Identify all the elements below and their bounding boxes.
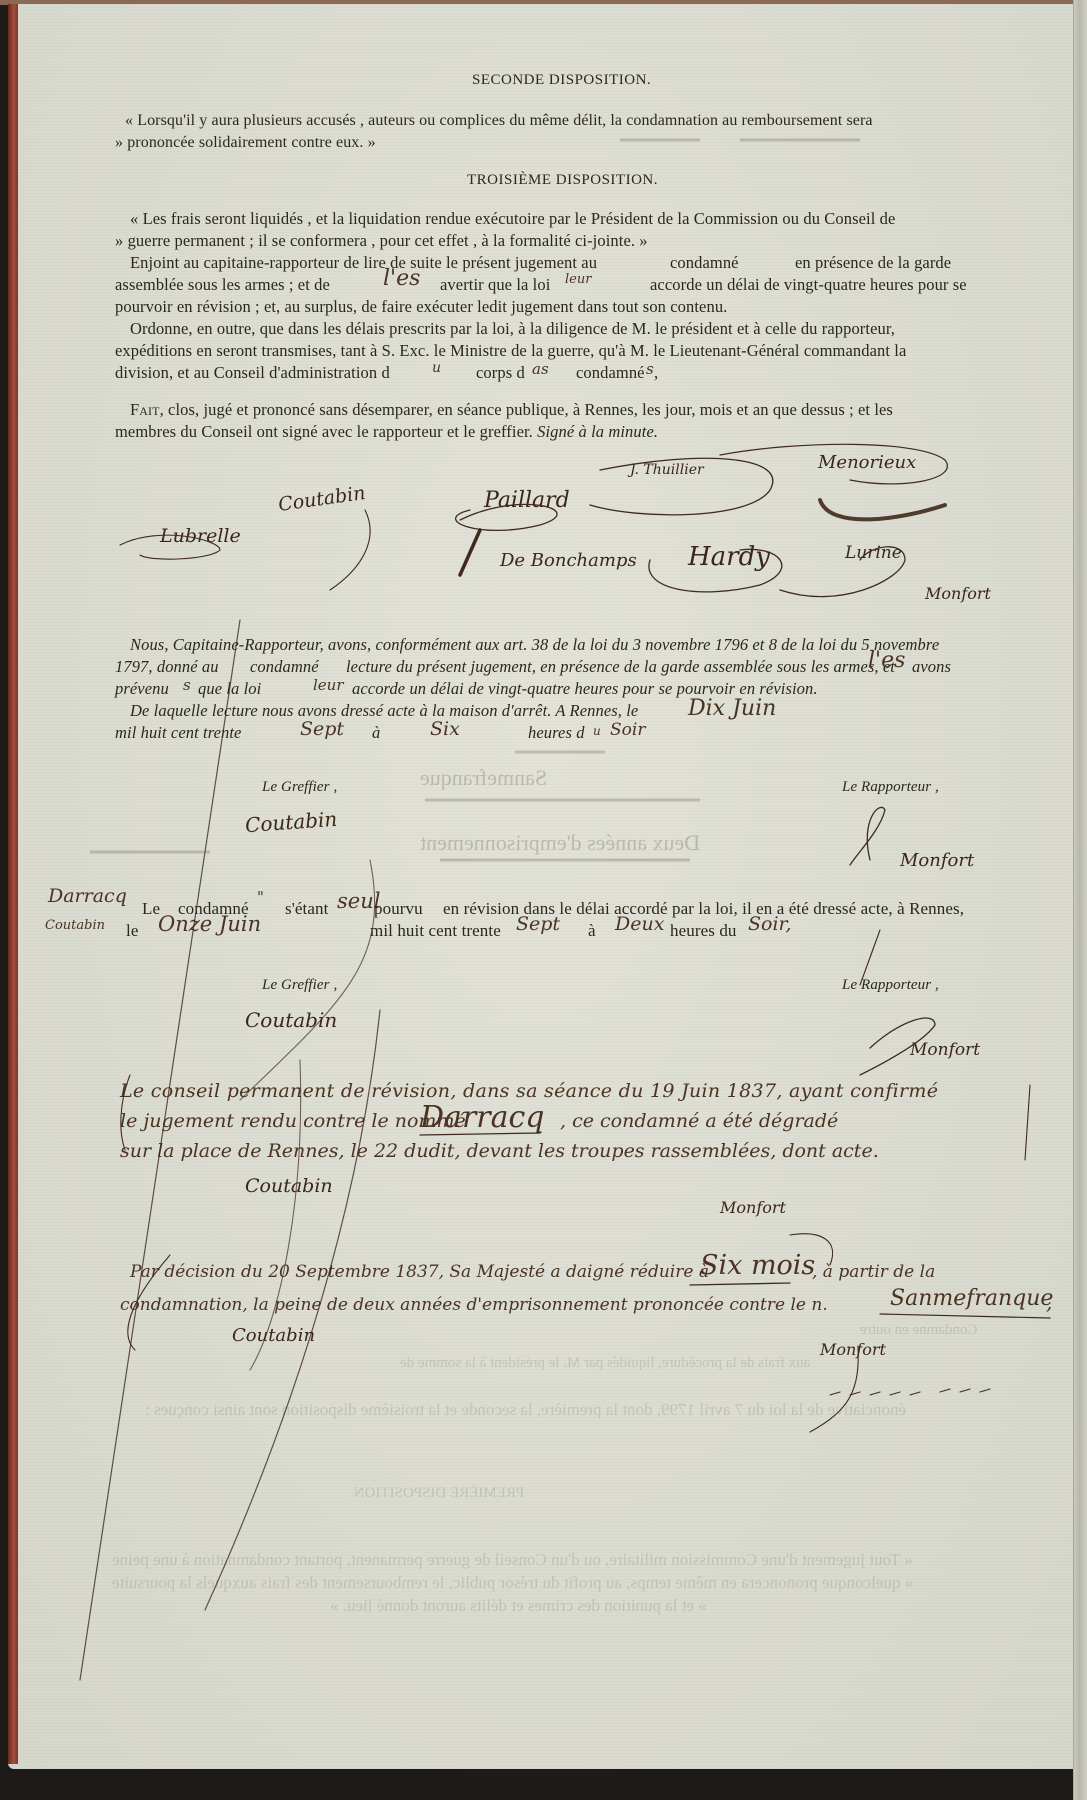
bleedthrough-line: Deux années d'emprisonnement <box>420 830 700 856</box>
seconde-line-2: » prononcée solidairement contre eux. » <box>115 132 376 153</box>
signature-paillard: Paillard <box>484 488 570 513</box>
label-le-greffier-2: Le Greffier , <box>262 975 337 996</box>
nous-line-5b: à <box>372 722 380 743</box>
book-binding <box>8 4 18 1764</box>
signature-lubrelle: Lubrelle <box>160 525 241 547</box>
annotation-six-mois: Six mois <box>700 1250 815 1281</box>
nous-line-3a: prévenu <box>115 678 169 699</box>
handwritten-fill: u <box>593 724 601 738</box>
enjoint-line-1c: en présence de la garde <box>795 252 951 273</box>
handwritten-year: Sept <box>516 913 560 935</box>
ordonne-line-3b: corps d <box>476 362 525 383</box>
bleedthrough-line: Sanmefranque <box>420 765 547 791</box>
signe-a-la-minute: Signé à la minute. <box>537 422 658 441</box>
handwritten-year: Sept <box>300 718 344 740</box>
handwritten-hour: Six <box>430 718 460 740</box>
nous-line-2d: avons <box>912 656 951 677</box>
handwritten-fill: leur <box>313 676 344 694</box>
annotation-grace-line-1b: , à partir de la <box>812 1262 935 1282</box>
signature-menorieux: Menorieux <box>818 452 916 473</box>
handwritten-hour: Deux <box>615 913 664 935</box>
enjoint-line-2a: assemblée sous les armes ; et de <box>115 274 330 295</box>
nous-line-2a: 1797, donné au <box>115 656 219 677</box>
margin-name-darracq: Darracq <box>48 885 127 907</box>
ordonne-line-3a: division, et au Conseil d'administration… <box>115 362 390 383</box>
fait-lead: Fait <box>130 400 160 419</box>
annotation-grace-line-2a: condamnation, la peine de deux années d'… <box>120 1295 828 1315</box>
label-le-greffier: Le Greffier , <box>262 777 337 798</box>
nous-line-2b: condamné <box>250 656 319 677</box>
handwritten-time-of-day: Soir <box>610 720 645 740</box>
pourvu-pourvu: pourvu <box>374 898 423 919</box>
ordonne-line-3d: , <box>654 362 658 383</box>
heading-seconde-disposition: SECONDE DISPOSITION. <box>472 72 651 89</box>
handwritten-fill: s <box>183 676 191 694</box>
pourvu-a: à <box>588 920 596 941</box>
signature-lurine: Lurine <box>845 543 902 563</box>
heading-troisieme-disposition: TROISIÈME DISPOSITION. <box>467 172 658 189</box>
signature-rapporteur: Monfort <box>900 850 974 871</box>
handwritten-date: Dix Juin <box>688 696 776 721</box>
margin-signature-coutabin: Coutabin <box>45 918 105 933</box>
nous-line-5c: heures d <box>528 722 585 743</box>
fait-line-1-text: , clos, jugé et prononcé sans désemparer… <box>160 400 893 419</box>
bleedthrough-line: Condamne en outre <box>860 1322 977 1339</box>
handwritten-time-of-day: Soir, <box>748 913 792 935</box>
handwritten-fill: u <box>432 360 441 376</box>
bleedthrough-line: » quelconque prononcera en même temps, a… <box>112 1573 913 1593</box>
ordonne-line-3c: condamné <box>576 362 645 383</box>
annotation-revision-sig-left: Coutabin <box>245 1175 333 1197</box>
troisieme-line-2: » guerre permanent ; il se conformera , … <box>115 230 648 251</box>
pourvu-heures-du: heures du <box>670 920 737 941</box>
enjoint-line-2c: accorde un délai de vingt-quatre heures … <box>650 274 967 295</box>
annotation-grace-line-2b: , <box>1046 1290 1052 1314</box>
annotation-revision-line-2b: , ce condamné a été dégradé <box>560 1110 838 1132</box>
signature-de-bonchamps: De Bonchamps <box>500 550 637 571</box>
label-le-rapporteur-2: Le Rapporteur , <box>842 975 939 996</box>
page-stack-edge <box>1073 0 1087 1800</box>
handwritten-fill: s <box>646 360 654 378</box>
nous-line-3b: que la loi <box>198 678 261 699</box>
signature-greffier-2: Coutabin <box>245 1008 337 1032</box>
annotation-grace-sig-right: Monfort <box>820 1340 886 1359</box>
nous-line-4a: De laquelle lecture nous avons dressé ac… <box>130 700 638 721</box>
troisieme-line-1: « Les frais seront liquidés , et la liqu… <box>130 208 895 229</box>
annotation-revision-line-1: Le conseil permanent de révision, dans s… <box>120 1080 938 1102</box>
pourvu-le-2: le <box>126 920 138 941</box>
seconde-line-1: « Lorsqu'il y aura plusieurs accusés , a… <box>125 110 873 131</box>
annotation-revision-line-2a: le jugement rendu contre le nommé <box>120 1110 466 1132</box>
bleedthrough-line: » et la punition des crimes et délits au… <box>330 1596 707 1616</box>
handwritten-fill: l'es <box>868 648 905 673</box>
annotation-name-sanmefranque: Sanmefranque <box>890 1286 1053 1311</box>
signature-monfort: Monfort <box>925 584 991 603</box>
label-le-rapporteur: Le Rapporteur , <box>842 777 939 798</box>
enjoint-line-3: pourvoir en révision ; et, au surplus, d… <box>115 296 727 317</box>
fait-line-2: membres du Conseil ont signé avec le rap… <box>115 421 658 442</box>
nous-line-2c: lecture du présent jugement, en présence… <box>346 656 895 677</box>
annotation-revision-line-3: sur la place de Rennes, le 22 dudit, dev… <box>120 1140 879 1162</box>
bleedthrough-line: énonciative de la loi du 7 avril 1799, d… <box>145 1400 906 1420</box>
fait-line-2-text: membres du Conseil ont signé avec le rap… <box>115 422 533 441</box>
handwritten-fill: as <box>532 360 549 378</box>
ordonne-line-2: expéditions en seront transmises, tant à… <box>115 340 906 361</box>
annotation-grace-line-1a: Par décision du 20 Septembre 1837, Sa Ma… <box>130 1262 709 1282</box>
signature-thuillier: J. Thuillier <box>630 462 704 478</box>
ordonne-line-1: Ordonne, en outre, que dans les délais p… <box>130 318 895 339</box>
bleedthrough-heading: PREMIÈRE DISPOSITION. <box>350 1485 524 1502</box>
ditto-mark: " <box>257 888 264 906</box>
handwritten-date: Onze Juin <box>158 912 261 936</box>
bleedthrough-line: aux frais de la procédure, liquidés par … <box>400 1355 810 1372</box>
bleedthrough-line: « Tout jugement d'une Commission militai… <box>112 1550 913 1570</box>
handwritten-fill: leur <box>565 272 591 287</box>
signature-hardy: Hardy <box>688 542 770 572</box>
signature-rapporteur-2: Monfort <box>910 1040 980 1060</box>
fait-line-1: Fait, clos, jugé et prononcé sans désemp… <box>130 399 893 420</box>
pourvu-setant: s'étant <box>285 898 328 919</box>
nous-line-5a: mil huit cent trente <box>115 722 241 743</box>
handwritten-fill: l'es <box>383 266 420 291</box>
enjoint-line-1a: Enjoint au capitaine-rapporteur de lire … <box>130 252 597 273</box>
pourvu-mil-huit-cent-trente: mil huit cent trente <box>370 920 501 941</box>
enjoint-line-1b: condamné <box>670 252 739 273</box>
annotation-grace-sig-left: Coutabin <box>232 1325 315 1346</box>
nous-prevenu: prévenu <box>115 679 169 698</box>
annotation-name-darracq: Darracq <box>420 1100 545 1135</box>
enjoint-line-2b: avertir que la loi <box>440 274 550 295</box>
annotation-revision-sig-right: Monfort <box>720 1198 786 1217</box>
nous-line-1: Nous, Capitaine-Rapporteur, avons, confo… <box>130 634 939 655</box>
